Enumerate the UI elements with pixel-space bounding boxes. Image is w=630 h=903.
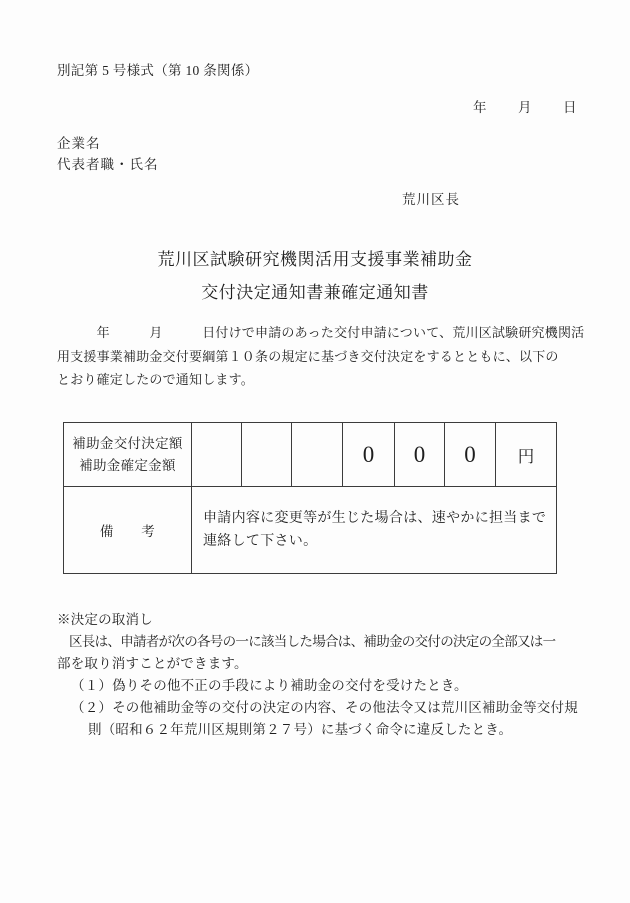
amount-digit-cell-3 [291, 423, 342, 486]
yen-unit-cell: 円 [495, 423, 556, 486]
remarks-text-line2: 連絡して下さい。 [203, 530, 556, 553]
note-item-1: （１）偽りその他不正の手段により補助金の交付を受けたとき。 [57, 675, 591, 697]
amount-digit-cell-4: 0 [342, 423, 394, 486]
note-line-2: 区長は、申請者が次の各号の一に該当した場合は、補助金の交付の決定の全部又は一 [57, 631, 591, 653]
remarks-text-line1: 申請内容に変更等が生じた場合は、速やかに担当まで [203, 507, 556, 530]
document-title: 荒川区試験研究機関活用支援事業補助金 交付決定通知書兼確定通知書 [0, 243, 630, 309]
document-page: 別記第 5 号様式（第 10 条関係） 年 月 日 企業名 代表者職・氏名 荒川… [0, 0, 630, 903]
note-line-3: 部を取り消すことができます。 [57, 653, 591, 675]
issue-date-line: 年 月 日 [473, 96, 577, 116]
sender-arakawa-mayor: 荒川区長 [402, 188, 460, 208]
form-number: 別記第 5 号様式（第 10 条関係） [57, 59, 258, 79]
amount-digit-cell-2 [241, 423, 291, 486]
body-paragraph: 年 月 日付けで申請のあった交付申請について、荒川区試験研究機関活 用支援事業補… [57, 321, 591, 392]
note-heading: ※決定の取消し [57, 609, 591, 631]
remarks-text: 申請内容に変更等が生じた場合は、速やかに担当まで 連絡して下さい。 [191, 487, 556, 573]
document-title-line1: 荒川区試験研究機関活用支援事業補助金 [0, 243, 630, 276]
year-label: 年 [473, 96, 487, 116]
month-label: 月 [518, 96, 532, 116]
body-line-1: 年 月 日付けで申請のあった交付申請について、荒川区試験研究機関活 [57, 321, 591, 345]
amount-label-line1: 補助金交付決定額 [72, 433, 182, 455]
note-item-2-line2: 則（昭和６２年荒川区規則第２７号）に基づく命令に違反したとき。 [57, 719, 591, 741]
amount-digit-cell-5: 0 [394, 423, 444, 486]
representative-label: 代表者職・氏名 [57, 153, 159, 173]
remarks-label: 備 考 [64, 487, 191, 573]
amount-digit-cell-6: 0 [444, 423, 495, 486]
day-label: 日 [563, 96, 577, 116]
body-line-2: 用支援事業補助金交付要綱第１０条の規定に基づき交付決定をするとともに、以下の [57, 345, 591, 369]
body-line-3: とおり確定したので通知します。 [57, 368, 591, 392]
note-item-2-line1: （２）その他補助金等の交付の決定の内容、その他法令又は荒川区補助金等交付規 [57, 697, 591, 719]
amount-digit-cell-1 [191, 423, 241, 486]
amount-label: 補助金交付決定額 補助金確定金額 [64, 423, 191, 486]
company-name-label: 企業名 [57, 132, 101, 152]
document-title-line2: 交付決定通知書兼確定通知書 [0, 276, 630, 309]
amount-label-line2: 補助金確定金額 [79, 455, 176, 477]
grant-amount-table: 補助金交付決定額 補助金確定金額 0 0 0 円 備 考 申請内容に変更等が生じ… [63, 422, 557, 574]
amount-row: 補助金交付決定額 補助金確定金額 0 0 0 円 [64, 423, 556, 487]
cancellation-notes: ※決定の取消し 区長は、申請者が次の各号の一に該当した場合は、補助金の交付の決定… [57, 609, 591, 741]
remarks-row: 備 考 申請内容に変更等が生じた場合は、速やかに担当まで 連絡して下さい。 [64, 487, 556, 573]
